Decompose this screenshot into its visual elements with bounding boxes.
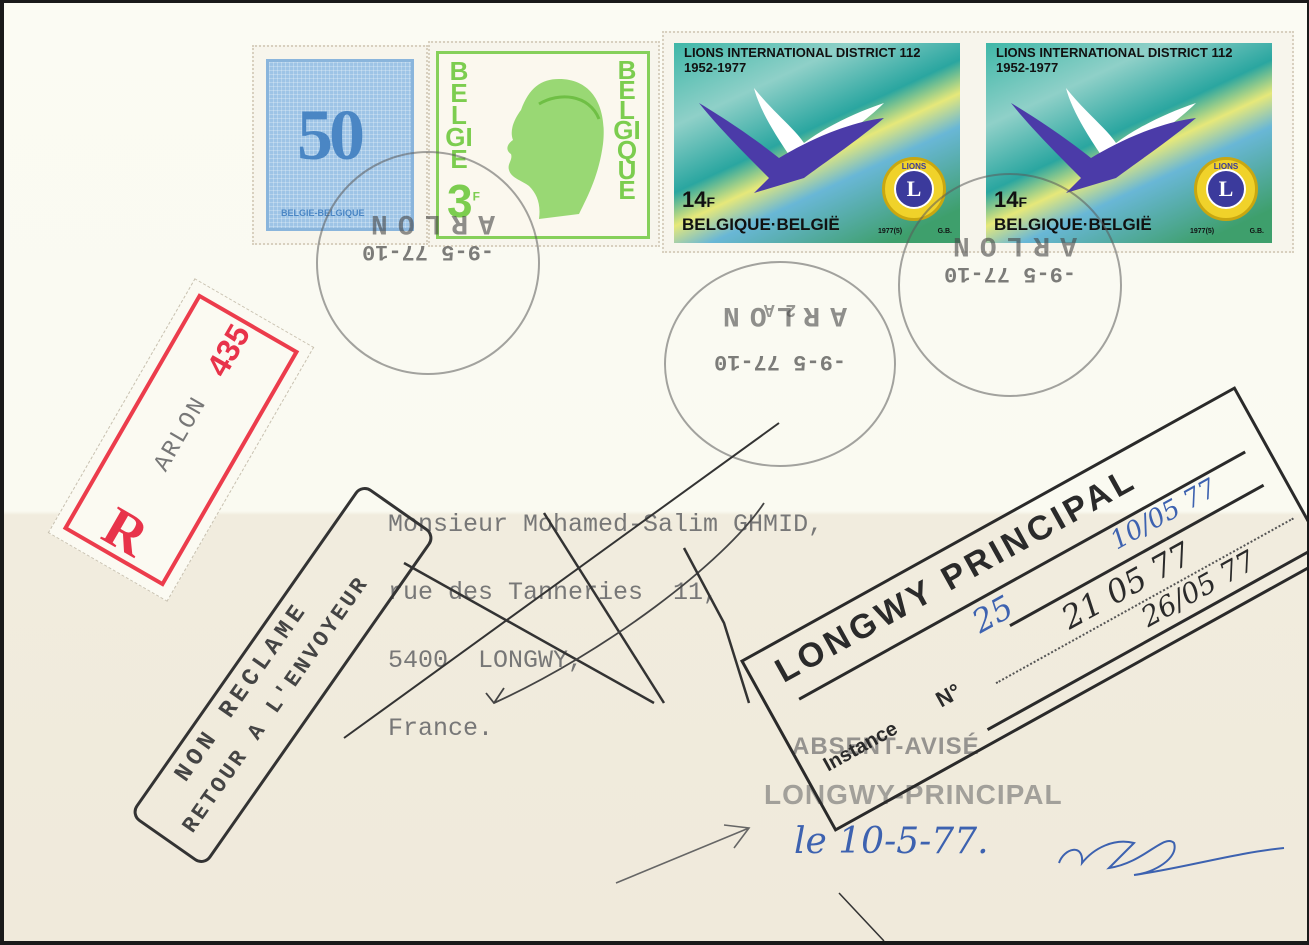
arrow-icon (616, 825, 749, 883)
cross-stroke (684, 548, 749, 703)
cross-stroke (404, 563, 654, 703)
return-arrow-icon (486, 503, 764, 703)
envelope: 50 BELGIE-BELGIQUE BELGIE BELGIQUE 3F LI… (4, 3, 1307, 941)
cross-stroke (344, 423, 779, 738)
pen-strokes (4, 3, 1307, 941)
signature-icon (1059, 841, 1284, 875)
